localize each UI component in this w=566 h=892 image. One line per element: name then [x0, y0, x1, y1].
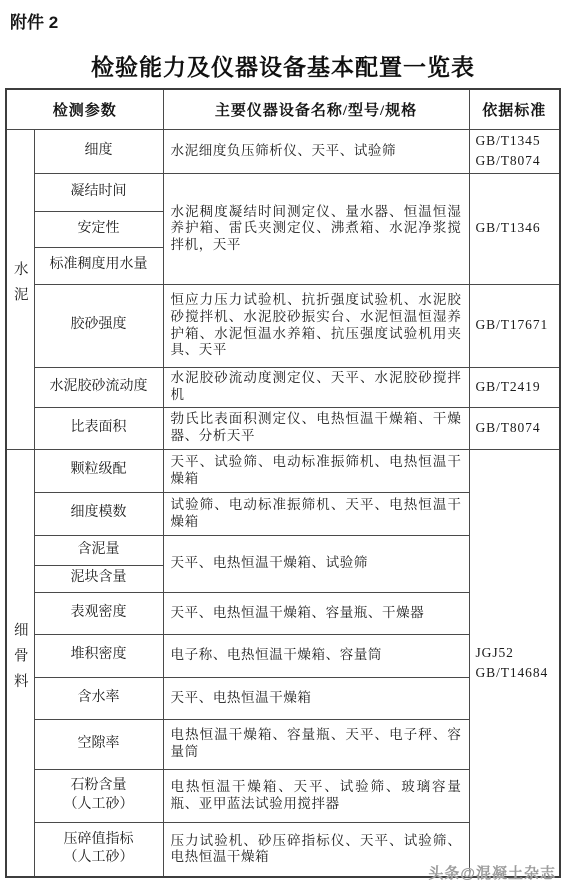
standard-cell: GB/T1346 — [469, 173, 560, 284]
table-row: 水泥 细度 水泥细度负压筛析仪、天平、试验筛 GB/T1345 GB/T8074 — [6, 129, 560, 173]
param-cell: 水泥胶砂流动度 — [34, 367, 163, 407]
table-header-row: 检测参数 主要仪器设备名称/型号/规格 依据标准 — [6, 89, 560, 129]
param-cell: 细度 — [34, 129, 163, 173]
param-cell: 堆积密度 — [34, 634, 163, 677]
equipment-cell: 电热恒温干燥箱、天平、试验筛、玻璃容量瓶、亚甲蓝法试验用搅拌器 — [163, 769, 469, 822]
equipment-cell: 水泥胶砂流动度测定仪、天平、水泥胶砂搅拌机 — [163, 367, 469, 407]
attachment-label: 附件 2 — [10, 8, 566, 33]
param-cell: 安定性 — [34, 211, 163, 247]
param-cell: 细度模数 — [34, 492, 163, 535]
col-header-equipment: 主要仪器设备名称/型号/规格 — [163, 89, 469, 129]
col-header-standard: 依据标准 — [469, 89, 560, 129]
group-label: 水泥 — [10, 261, 31, 312]
param-cell: 压碎值指标 （人工砂） — [34, 822, 163, 877]
param-cell: 含水率 — [34, 677, 163, 719]
equipment-cell: 天平、电热恒温干燥箱、试验筛 — [163, 535, 469, 592]
standard-cell: GB/T2419 — [469, 367, 560, 407]
param-cell: 胶砂强度 — [34, 284, 163, 367]
equipment-cell: 天平、电热恒温干燥箱、容量瓶、干燥器 — [163, 592, 469, 634]
standard-cell: JGJ52 GB/T14684 — [469, 449, 560, 877]
equipment-cell: 水泥细度负压筛析仪、天平、试验筛 — [163, 129, 469, 173]
standard-cell: GB/T1345 GB/T8074 — [469, 129, 560, 173]
equipment-cell: 试验筛、电动标准振筛机、天平、电热恒温干燥箱 — [163, 492, 469, 535]
param-cell: 表观密度 — [34, 592, 163, 634]
param-cell: 比表面积 — [34, 407, 163, 449]
equipment-cell: 天平、试验筛、电动标准振筛机、电热恒温干燥箱 — [163, 449, 469, 492]
param-cell: 泥块含量 — [34, 565, 163, 592]
document-page: 附件 2 检验能力及仪器设备基本配置一览表 检测参数 主要仪器设备名称/型号/规… — [0, 0, 566, 892]
table-row: 胶砂强度 恒应力压力试验机、抗折强度试验机、水泥胶砂搅拌机、水泥胶砂振实台、水泥… — [6, 284, 560, 367]
equipment-cell: 电子称、电热恒温干燥箱、容量筒 — [163, 634, 469, 677]
param-cell: 石粉含量 （人工砂） — [34, 769, 163, 822]
param-cell: 空隙率 — [34, 719, 163, 769]
equipment-cell: 电热恒温干燥箱、容量瓶、天平、电子秤、容量筒 — [163, 719, 469, 769]
param-cell: 凝结时间 — [34, 173, 163, 211]
param-cell: 含泥量 — [34, 535, 163, 565]
equipment-cell: 勃氏比表面积测定仪、电热恒温干燥箱、干燥器、分析天平 — [163, 407, 469, 449]
table-row: 细骨料 颗粒级配 天平、试验筛、电动标准振筛机、电热恒温干燥箱 JGJ52 GB… — [6, 449, 560, 492]
equipment-table: 检测参数 主要仪器设备名称/型号/规格 依据标准 水泥 细度 水泥细度负压筛析仪… — [5, 88, 561, 878]
param-cell: 颗粒级配 — [34, 449, 163, 492]
group-cell-cement: 水泥 — [6, 129, 34, 449]
param-cell: 标准稠度用水量 — [34, 247, 163, 284]
equipment-cell: 天平、电热恒温干燥箱 — [163, 677, 469, 719]
page-title: 检验能力及仪器设备基本配置一览表 — [0, 49, 566, 82]
standard-cell: GB/T17671 — [469, 284, 560, 367]
watermark: 头条@混凝土杂志 — [428, 862, 556, 883]
equipment-cell: 压力试验机、砂压碎指标仪、天平、试验筛、电热恒温干燥箱 — [163, 822, 469, 877]
equipment-cell: 恒应力压力试验机、抗折强度试验机、水泥胶砂搅拌机、水泥胶砂振实台、水泥恒温恒湿养… — [163, 284, 469, 367]
table-row: 凝结时间 水泥稠度凝结时间测定仪、量水器、恒温恒湿养护箱、雷氏夹测定仪、沸煮箱、… — [6, 173, 560, 211]
col-header-param: 检测参数 — [6, 89, 163, 129]
group-cell-fine-aggregate: 细骨料 — [6, 449, 34, 877]
equipment-cell: 水泥稠度凝结时间测定仪、量水器、恒温恒湿养护箱、雷氏夹测定仪、沸煮箱、水泥净浆搅… — [163, 173, 469, 284]
group-label: 细骨料 — [10, 622, 31, 699]
table-row: 比表面积 勃氏比表面积测定仪、电热恒温干燥箱、干燥器、分析天平 GB/T8074 — [6, 407, 560, 449]
standard-cell: GB/T8074 — [469, 407, 560, 449]
table-row: 水泥胶砂流动度 水泥胶砂流动度测定仪、天平、水泥胶砂搅拌机 GB/T2419 — [6, 367, 560, 407]
